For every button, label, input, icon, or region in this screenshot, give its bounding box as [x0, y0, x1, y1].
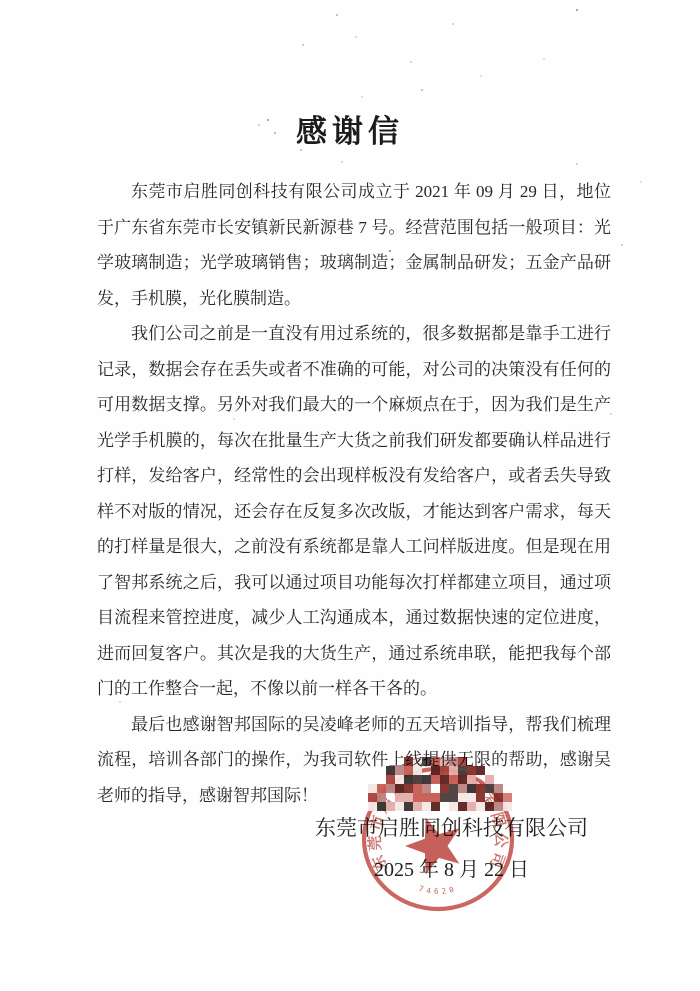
signature-date: 2025 年 8 月 22 日	[315, 853, 588, 882]
text-line: 记录，数据会存在丢失或者不准确的可能，对公司的决策没有任何的	[97, 352, 611, 388]
text-line: 我们公司之前是一直没有用过系统的，很多数据都是靠手工进行	[97, 316, 611, 352]
letter-body: 东莞市启胜同创科技有限公司成立于 2021 年 09 月 29 日，地位于广东省…	[97, 174, 611, 813]
text-line: 老师的指导，感谢智邦国际！	[97, 778, 611, 814]
scanned-letter-page: 感谢信 东莞市启胜同创科技有限公司成立于 2021 年 09 月 29 日，地位…	[0, 0, 700, 991]
text-line: 进而回复客户。其次是我的大货生产，通过系统串联，能把我每个部	[97, 636, 611, 672]
text-line: 目流程来管控进度，减少人工沟通成本，通过数据快速的定位进度，	[97, 600, 611, 636]
text-line: 光学手机膜的，每次在批量生产大货之前我们研发都要确认样品进行	[97, 423, 611, 459]
text-line: 可用数据支撑。另外对我们最大的一个麻烦点在于，因为我们是生产	[97, 387, 611, 423]
text-line: 于广东省东莞市长安镇新民新源巷 7 号。经营范围包括一般项目：光	[97, 210, 611, 246]
text-line: 了智邦系统之后，我可以通过项目功能每次打样都建立项目，通过项	[97, 565, 611, 601]
text-line: 样不对版的情况，还会存在反复多次改版，才能达到客户需求，每天	[97, 494, 611, 530]
letter-title: 感谢信	[0, 106, 700, 151]
paragraph: 东莞市启胜同创科技有限公司成立于 2021 年 09 月 29 日，地位于广东省…	[97, 174, 611, 316]
text-line: 的打样量是很大，之前没有系统都是靠人工问样版进度。但是现在用	[97, 529, 611, 565]
seal-serial: 74620	[418, 884, 459, 896]
paragraph: 我们公司之前是一直没有用过系统的，很多数据都是靠手工进行记录，数据会存在丢失或者…	[97, 316, 611, 707]
signature-block: 东莞市启胜同创科技有限公司 2025 年 8 月 22 日	[315, 812, 588, 882]
text-line: 最后也感谢智邦国际的吴凌峰老师的五天培训指导，帮我们梳理	[97, 707, 611, 743]
text-line: 东莞市启胜同创科技有限公司成立于 2021 年 09 月 29 日，地位	[97, 174, 611, 210]
signature-company: 东莞市启胜同创科技有限公司	[315, 812, 588, 842]
text-line: 门的工作整合一起，不像以前一样各干各的。	[97, 671, 611, 707]
paragraph: 最后也感谢智邦国际的吴凌峰老师的五天培训指导，帮我们梳理流程，培训各部门的操作，…	[97, 707, 611, 814]
text-line: 发，手机膜，光化膜制造。	[97, 281, 611, 317]
text-line: 流程，培训各部门的操作，为我司软件上线提供无限的帮助，感谢吴	[97, 742, 611, 778]
scan-noise	[0, 0, 2, 2]
text-line: 学玻璃制造；光学玻璃销售；玻璃制造；金属制品研发；五金产品研	[97, 245, 611, 281]
text-line: 打样，发给客户，经常性的会出现样板没有发给客户，或者丢失导致	[97, 458, 611, 494]
